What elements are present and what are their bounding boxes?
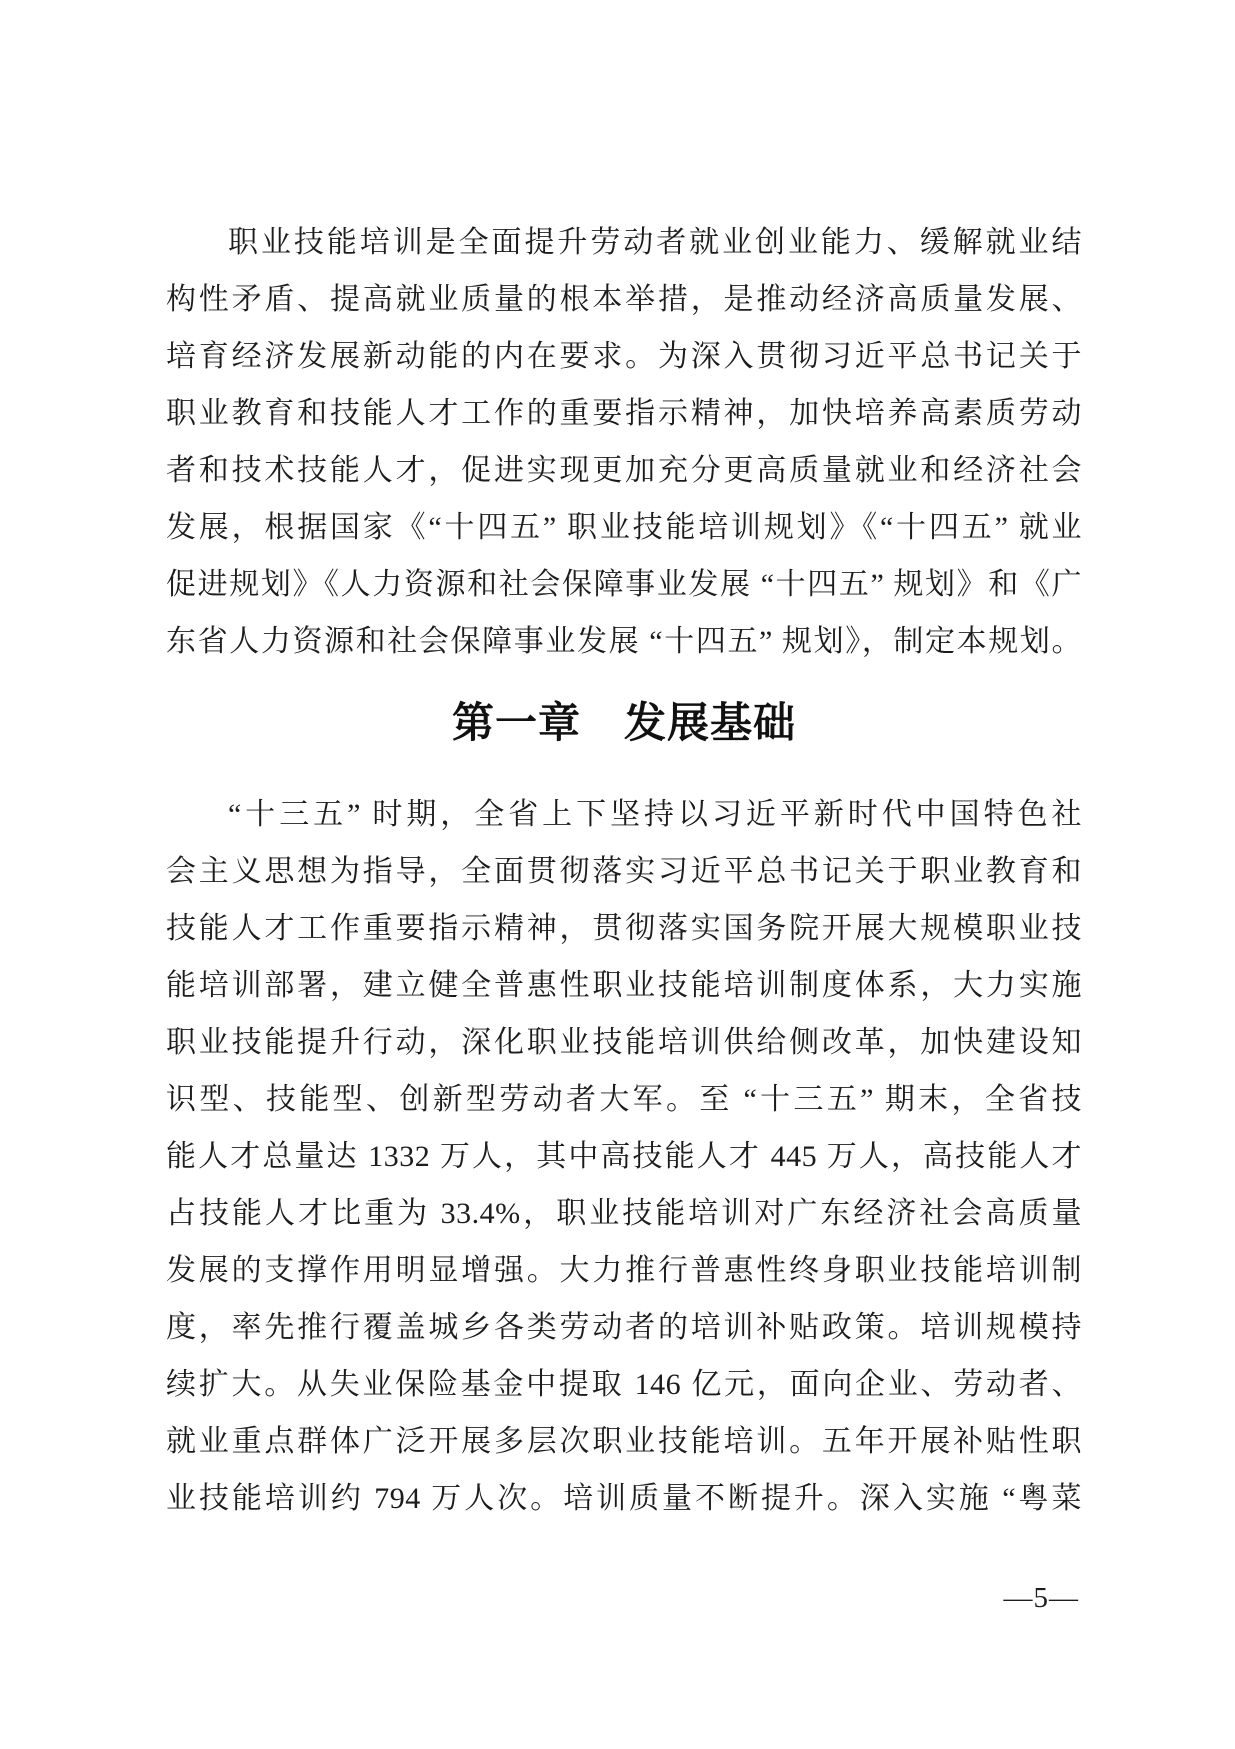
text-line: 会主义思想为指导，全面贯彻落实习近平总书记关于职业教育和	[166, 843, 1082, 900]
text-line: 度，率先推行覆盖城乡各类劳动者的培训补贴政策。培训规模持	[166, 1299, 1082, 1356]
text-line: 东省人力资源和社会保障事业发展 “十四五” 规划》，制定本规划。	[166, 613, 1082, 670]
text-line: 职业教育和技能人才工作的重要指示精神，加快培养高素质劳动	[166, 385, 1082, 442]
document-page: 职业技能培训是全面提升劳动者就业创业能力、缓解就业结 构性矛盾、提高就业质量的根…	[0, 0, 1235, 1749]
text-line: 占技能人才比重为 33.4%，职业技能培训对广东经济社会高质量	[166, 1185, 1082, 1242]
text-line: 续扩大。从失业保险基金中提取 146 亿元，面向企业、劳动者、	[166, 1356, 1082, 1413]
intro-paragraph: 职业技能培训是全面提升劳动者就业创业能力、缓解就业结 构性矛盾、提高就业质量的根…	[166, 214, 1082, 670]
chapter-heading: 第一章 发展基础	[166, 694, 1082, 754]
text-line: 识型、技能型、创新型劳动者大军。至 “十三五” 期末，全省技	[166, 1071, 1082, 1128]
text-line: 培育经济发展新动能的内在要求。为深入贯彻习近平总书记关于	[166, 328, 1082, 385]
text-line: “十三五” 时期，全省上下坚持以习近平新时代中国特色社	[166, 786, 1082, 843]
text-line: 就业重点群体广泛开展多层次职业技能培训。五年开展补贴性职	[166, 1413, 1082, 1470]
text-line: 发展，根据国家《“十四五” 职业技能培训规划》《“十四五” 就业	[166, 499, 1082, 556]
page-number: —5—	[1004, 1581, 1080, 1615]
text-line: 发展的支撑作用明显增强。大力推行普惠性终身职业技能培训制	[166, 1242, 1082, 1299]
text-line: 技能人才工作重要指示精神，贯彻落实国务院开展大规模职业技	[166, 900, 1082, 957]
text-line: 促进规划》《人力资源和社会保障事业发展 “十四五” 规划》和《广	[166, 556, 1082, 613]
text-line: 业技能培训约 794 万人次。培训质量不断提升。深入实施 “粤菜	[166, 1470, 1082, 1527]
text-line: 构性矛盾、提高就业质量的根本举措，是推动经济高质量发展、	[166, 271, 1082, 328]
text-line: 者和技术技能人才，促进实现更加充分更高质量就业和经济社会	[166, 442, 1082, 499]
text-line: 能培训部署，建立健全普惠性职业技能培训制度体系，大力实施	[166, 957, 1082, 1014]
chapter-one-paragraph: “十三五” 时期，全省上下坚持以习近平新时代中国特色社 会主义思想为指导，全面贯…	[166, 786, 1082, 1527]
text-line: 能人才总量达 1332 万人，其中高技能人才 445 万人，高技能人才	[166, 1128, 1082, 1185]
text-line: 职业技能培训是全面提升劳动者就业创业能力、缓解就业结	[166, 214, 1082, 271]
text-line: 职业技能提升行动，深化职业技能培训供给侧改革，加快建设知	[166, 1014, 1082, 1071]
